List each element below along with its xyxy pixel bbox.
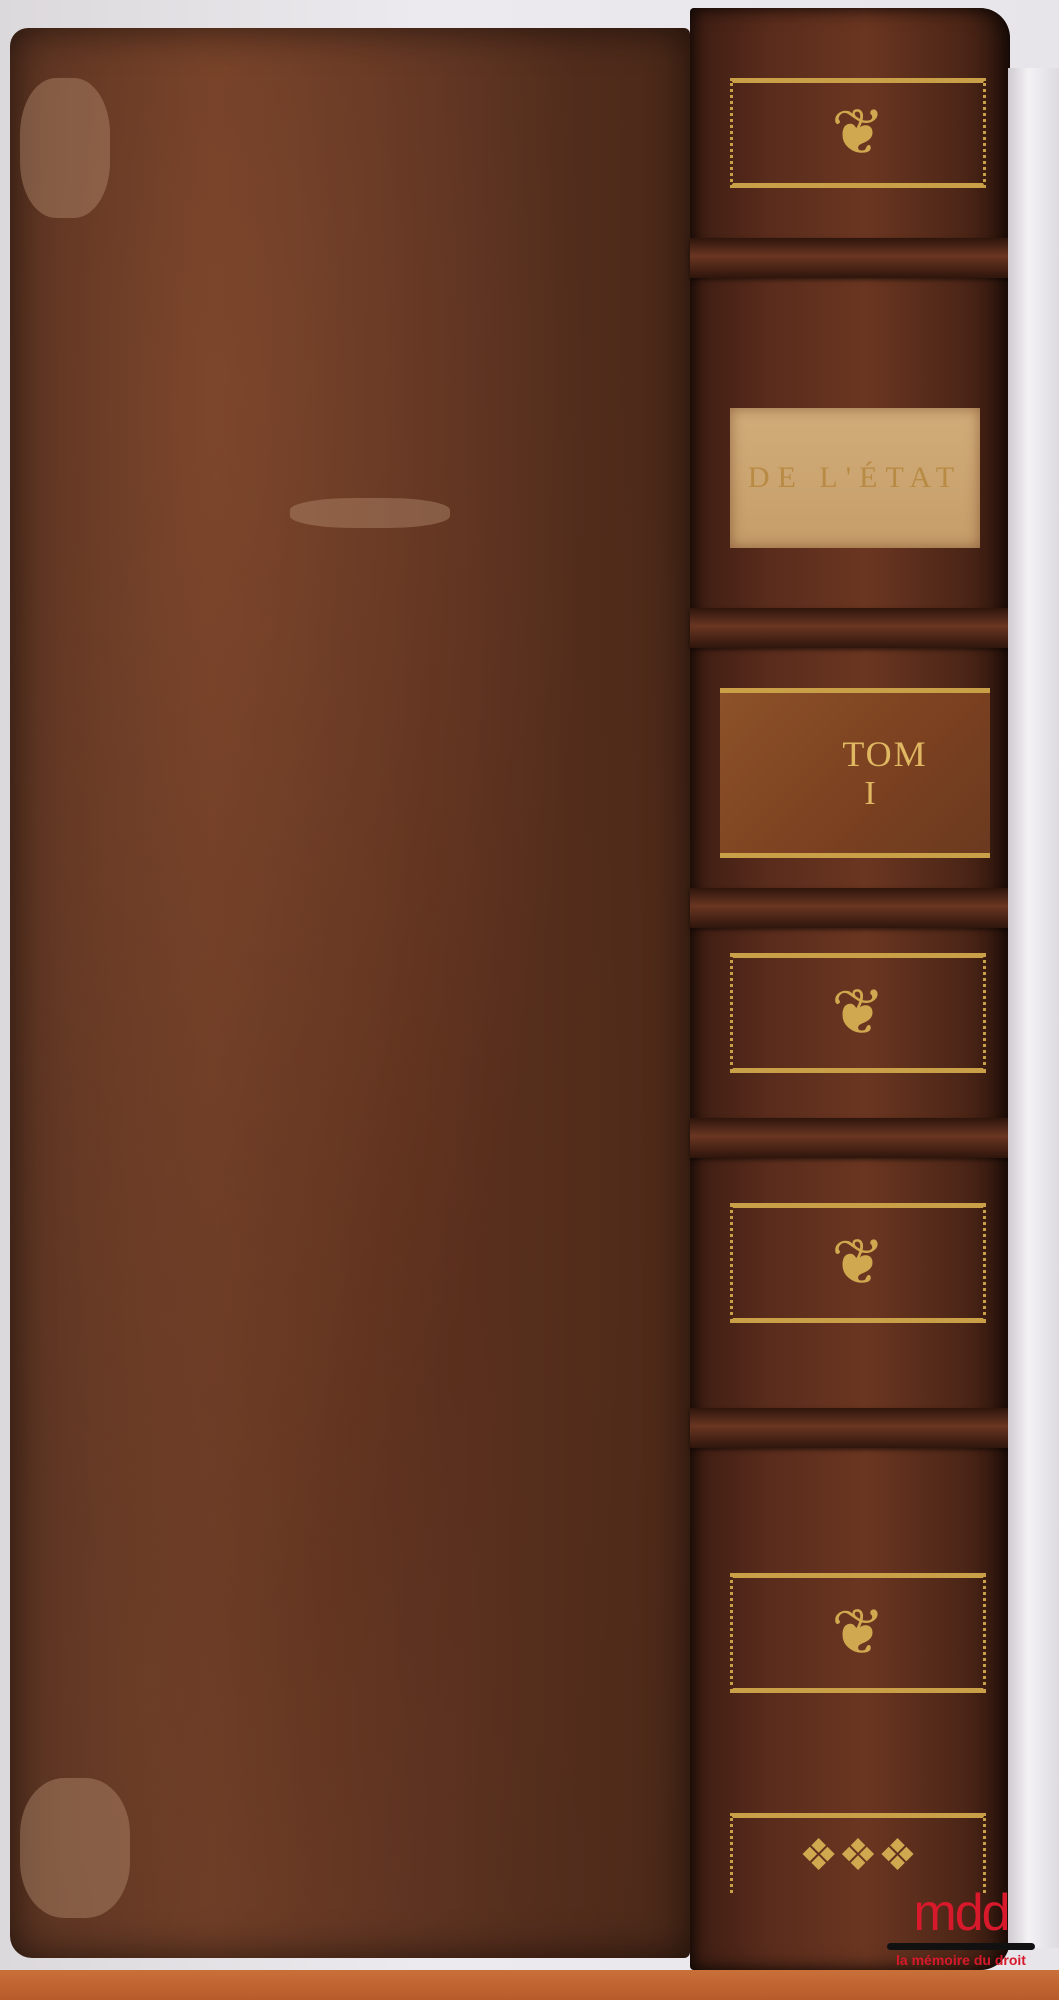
floral-ornament-icon: ❦ <box>831 1601 885 1665</box>
spine-raised-band <box>690 238 1010 278</box>
spine-panel-ornament: ❦ <box>730 1573 986 1693</box>
cover-scuff <box>290 498 450 528</box>
spine-panel-ornament: ❦ <box>730 1203 986 1323</box>
floral-ornament-icon: ❦ <box>831 101 885 165</box>
spine-raised-band <box>690 888 1010 928</box>
shelf-surface <box>0 1970 1059 2000</box>
cover-scuff <box>20 1778 130 1918</box>
watermark-logo: mdd <box>881 1887 1041 1939</box>
watermark-rule <box>887 1943 1035 1950</box>
spine-title-text: DE L'ÉTAT <box>748 461 962 495</box>
watermark-tagline: la mémoire du droit <box>881 1952 1041 1968</box>
watermark: mdd la mémoire du droit <box>881 1887 1041 1968</box>
floral-ornament-icon: ❦ <box>831 1231 885 1295</box>
spine-raised-band <box>690 1118 1010 1158</box>
floral-ornament-icon: ❦ <box>831 981 885 1045</box>
cover-scuff <box>20 78 110 218</box>
lattice-ornament-icon: ❖❖❖ <box>799 1834 917 1878</box>
book-front-cover <box>10 28 690 1958</box>
spine-raised-band <box>690 1408 1010 1448</box>
tome-number: I <box>864 775 875 813</box>
book: ❦ DE L'ÉTAT TOM I ❦ ❦ ❦ ❖❖❖ <box>0 8 1059 1970</box>
spine-tome-label: TOM I <box>720 688 990 858</box>
book-page-edges <box>1008 68 1059 1948</box>
spine-raised-band <box>690 608 1010 648</box>
spine-panel-ornament: ❦ <box>730 953 986 1073</box>
spine-title-label: DE L'ÉTAT <box>730 408 980 548</box>
spine-panel-lattice: ❖❖❖ <box>730 1813 986 1893</box>
tome-word: TOM <box>842 733 927 775</box>
book-spine: ❦ DE L'ÉTAT TOM I ❦ ❦ ❦ ❖❖❖ <box>690 8 1010 1970</box>
spine-panel-ornament: ❦ <box>730 78 986 188</box>
